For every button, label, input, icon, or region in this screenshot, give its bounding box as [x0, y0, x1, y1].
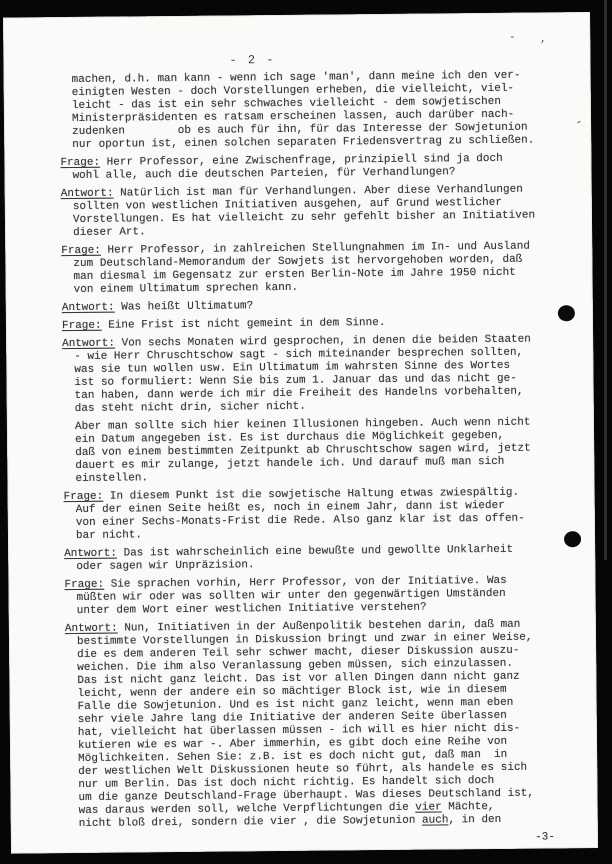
speaker-label-antwort: Antwort:: [62, 302, 115, 315]
answer-paragraph: Antwort: Was heißt Ultimatum?: [62, 297, 564, 315]
hole-punch-dot: [564, 531, 581, 547]
paragraph-text: , in den: [448, 814, 501, 827]
next-page-marker: -3-: [67, 831, 569, 849]
paragraph-text: Von sechs Monaten wird gesprochen, in de…: [74, 334, 531, 415]
speaker-label-frage: Frage:: [64, 579, 104, 591]
speaker-label-antwort: Antwort:: [61, 188, 114, 201]
speaker-label-frage: Frage:: [60, 157, 100, 169]
speaker-label-antwort: Antwort:: [64, 548, 117, 561]
speaker-label-antwort: Antwort:: [62, 338, 115, 351]
paragraph-text: machen, d.h. man kann - wenn ich sage 'm…: [72, 70, 535, 151]
question-paragraph: Frage: Sie sprachen vorhin, Herr Profess…: [64, 574, 566, 618]
answer-paragraph: Antwort: Nun, Initiativen in der Außenpo…: [65, 618, 569, 831]
scan-border-streak: [604, 0, 607, 560]
page-number-header: - 2 -: [229, 53, 275, 67]
hole-punch-dot: [558, 305, 575, 321]
paragraph-text: Natürlich ist man für Verhandlungen. Abe…: [73, 184, 535, 239]
scan-speck: ’: [570, 119, 582, 131]
answer-paragraph: Antwort: Natürlich ist man für Verhandlu…: [61, 183, 563, 240]
document-body: machen, d.h. man kann - wenn ich sage 'm…: [60, 69, 569, 849]
scanned-document: - 2 - - , ’ machen, d.h. man kann - wenn…: [0, 0, 612, 864]
underlined-word: auch: [422, 814, 449, 826]
paragraph-text: Herr Professor, in zahlreichen Stellungn…: [73, 241, 530, 296]
speaker-label-frage: Frage:: [64, 491, 104, 503]
answer-paragraph: Antwort: Von sechs Monaten wird gesproch…: [62, 333, 565, 416]
question-paragraph: Frage: Eine Frist ist nicht gemeint in d…: [62, 315, 564, 333]
paragraph-text: Das ist wahrscheinlich eine bewußte und …: [76, 544, 513, 573]
document-page: - 2 - - , ’ machen, d.h. man kann - wenn…: [3, 12, 598, 854]
question-paragraph: Frage: Herr Professor, in zahlreichen St…: [61, 240, 563, 297]
paragraph-text: Sie sprachen vorhin, Herr Professor, von…: [77, 575, 507, 617]
underlined-word: vier: [415, 801, 442, 813]
paragraph-text: In diesem Punkt ist die sowjetische Halt…: [76, 487, 525, 542]
speaker-label-frage: Frage:: [62, 320, 102, 332]
paragraph-text: Nun, Initiativen in der Außenpolitik bes…: [77, 619, 534, 817]
paragraph-text: Was heißt Ultimatum?: [115, 300, 254, 313]
scan-speck: -: [509, 33, 515, 44]
paragraph-text: Herr Professor, eine Zwischenfrage, prin…: [72, 153, 502, 182]
question-paragraph: Frage: Herr Professor, eine Zwischenfrag…: [60, 152, 562, 183]
question-paragraph: Frage: In diesem Punkt ist die sowjetisc…: [64, 486, 566, 543]
answer-paragraph: Antwort: Das ist wahrscheinlich eine bew…: [64, 543, 566, 574]
speaker-label-antwort: Antwort:: [65, 623, 118, 636]
continuation-paragraph: machen, d.h. man kann - wenn ich sage 'm…: [60, 69, 563, 152]
continuation-paragraph: Aber man sollte sich hier keinen Illusio…: [63, 416, 566, 486]
paragraph-text: Eine Frist ist nicht gemeint in dem Sinn…: [102, 317, 386, 332]
scan-speck: ,: [540, 34, 546, 45]
paragraph-text: Aber man sollte sich hier keinen Illusio…: [75, 417, 531, 485]
speaker-label-frage: Frage:: [61, 245, 101, 257]
